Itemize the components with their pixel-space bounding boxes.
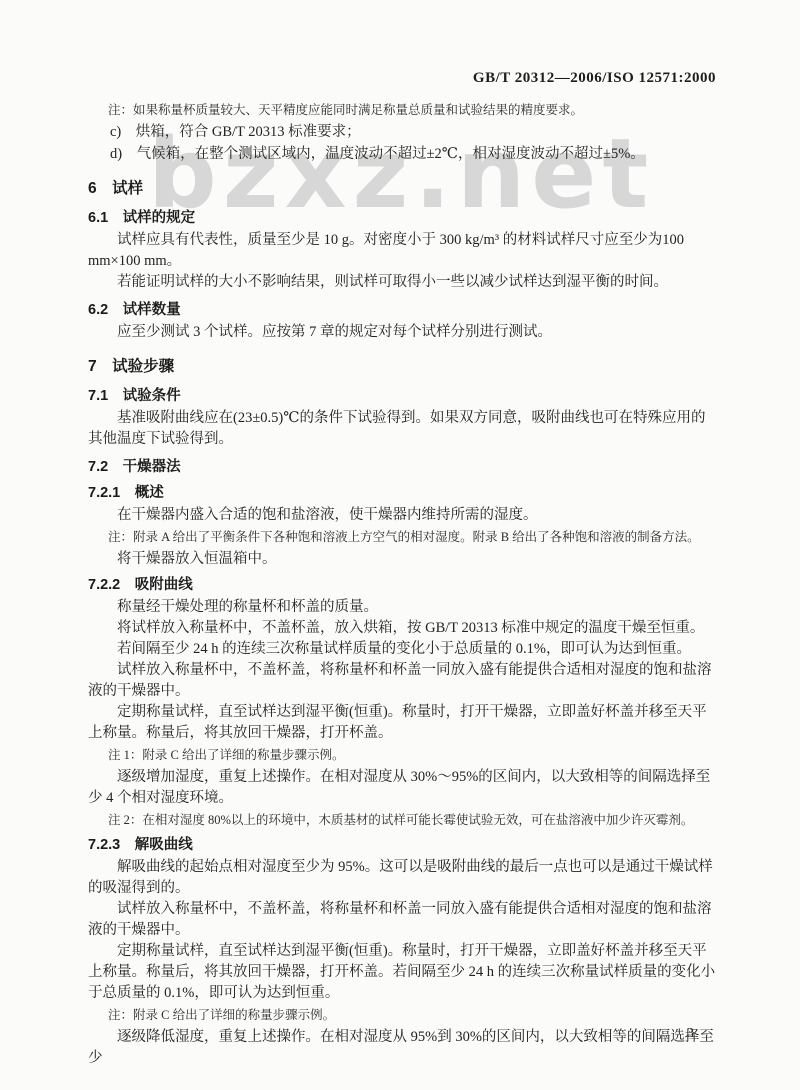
subclause-heading: 7.2.1 概述 xyxy=(88,483,716,504)
paragraph: 定期称量试样，直至试样达到湿平衡(恒重)。称量时，打开干燥器，立即盖好杯盖并移至… xyxy=(88,941,716,1004)
paragraph: 定期称量试样，直至试样达到湿平衡(恒重)。称量时，打开干燥器，立即盖好杯盖并移至… xyxy=(88,702,716,744)
document-body: 注：如果称量杯质量较大、天平精度应能同时满足称量总质量和试验结果的精度要求。c)… xyxy=(88,101,716,1069)
standard-code-header: GB/T 20312—2006/ISO 12571:2000 xyxy=(88,70,716,87)
paragraph: 称量经干燥处理的称量杯和杯盖的质量。 xyxy=(88,597,716,618)
clause-heading: 7.2 干燥器法 xyxy=(88,457,716,478)
paragraph: 试样放入称量杯中，不盖杯盖，将称量杯和杯盖一同放入盛有能提供合适相对湿度的饱和盐… xyxy=(88,899,716,941)
chapter-heading: 6 试样 xyxy=(88,178,716,199)
page-number: 3 xyxy=(687,1026,694,1042)
clause-heading: 7.1 试验条件 xyxy=(88,386,716,407)
subclause-heading: 7.2.2 吸附曲线 xyxy=(88,575,716,596)
paragraph: 将试样放入称量杯中，不盖杯盖，放入烘箱，按 GB/T 20313 标准中规定的温… xyxy=(88,618,716,639)
paragraph: 将干燥器放入恒温箱中。 xyxy=(88,549,716,570)
clause-heading: 6.2 试样数量 xyxy=(88,300,716,321)
paragraph: 试样应具有代表性，质量至少是 10 g。对密度小于 300 kg/m³ 的材料试… xyxy=(88,230,716,272)
scanned-standard-page: bzxz.net GB/T 20312—2006/ISO 12571:2000 … xyxy=(0,0,800,1090)
paragraph: 应至少测试 3 个试样。应按第 7 章的规定对每个试样分别进行测试。 xyxy=(88,322,716,343)
note: 注：附录 C 给出了详细的称量步骤示例。 xyxy=(108,1006,716,1025)
page-content: GB/T 20312—2006/ISO 12571:2000 注：如果称量杯质量… xyxy=(88,70,716,1069)
note: 注：附录 A 给出了平衡条件下各种饱和溶液上方空气的相对湿度。附录 B 给出了各… xyxy=(108,528,716,547)
chapter-heading: 7 试验步骤 xyxy=(88,356,716,377)
paragraph: 若能证明试样的大小不影响结果，则试样可取得小一些以减少试样达到湿平衡的时间。 xyxy=(88,272,716,293)
paragraph: 试样放入称量杯中，不盖杯盖，将称量杯和杯盖一同放入盛有能提供合适相对湿度的饱和盐… xyxy=(88,660,716,702)
paragraph: 基准吸附曲线应在(23±0.5)℃的条件下试验得到。如果双方同意，吸附曲线也可在… xyxy=(88,408,716,450)
paragraph: 解吸曲线的起始点相对湿度至少为 95%。这可以是吸附曲线的最后一点也可以是通过干… xyxy=(88,857,716,899)
note: 注 2：在相对湿度 80%以上的环境中，木质基材的试样可能长霉使试验无效，可在盐… xyxy=(108,811,716,830)
clause-heading: 6.1 试样的规定 xyxy=(88,208,716,229)
paragraph: 若间隔至少 24 h 的连续三次称量试样质量的变化小于总质量的 0.1%，即可认… xyxy=(88,639,716,660)
list-item: c) 烘箱，符合 GB/T 20313 标准要求； xyxy=(110,122,716,143)
list-item: d) 气候箱，在整个测试区域内，温度波动不超过±2℃，相对湿度波动不超过±5%。 xyxy=(110,144,716,165)
subclause-heading: 7.2.3 解吸曲线 xyxy=(88,835,716,856)
paragraph: 在干燥器内盛入合适的饱和盐溶液，使干燥器内维持所需的湿度。 xyxy=(88,505,716,526)
note: 注：如果称量杯质量较大、天平精度应能同时满足称量总质量和试验结果的精度要求。 xyxy=(108,101,716,120)
paragraph: 逐级降低湿度，重复上述操作。在相对湿度从 95%到 30%的区间内，以大致相等的… xyxy=(88,1027,716,1069)
note: 注 1：附录 C 给出了详细的称量步骤示例。 xyxy=(108,746,716,765)
paragraph: 逐级增加湿度，重复上述操作。在相对湿度从 30%～95%的区间内，以大致相等的间… xyxy=(88,767,716,809)
